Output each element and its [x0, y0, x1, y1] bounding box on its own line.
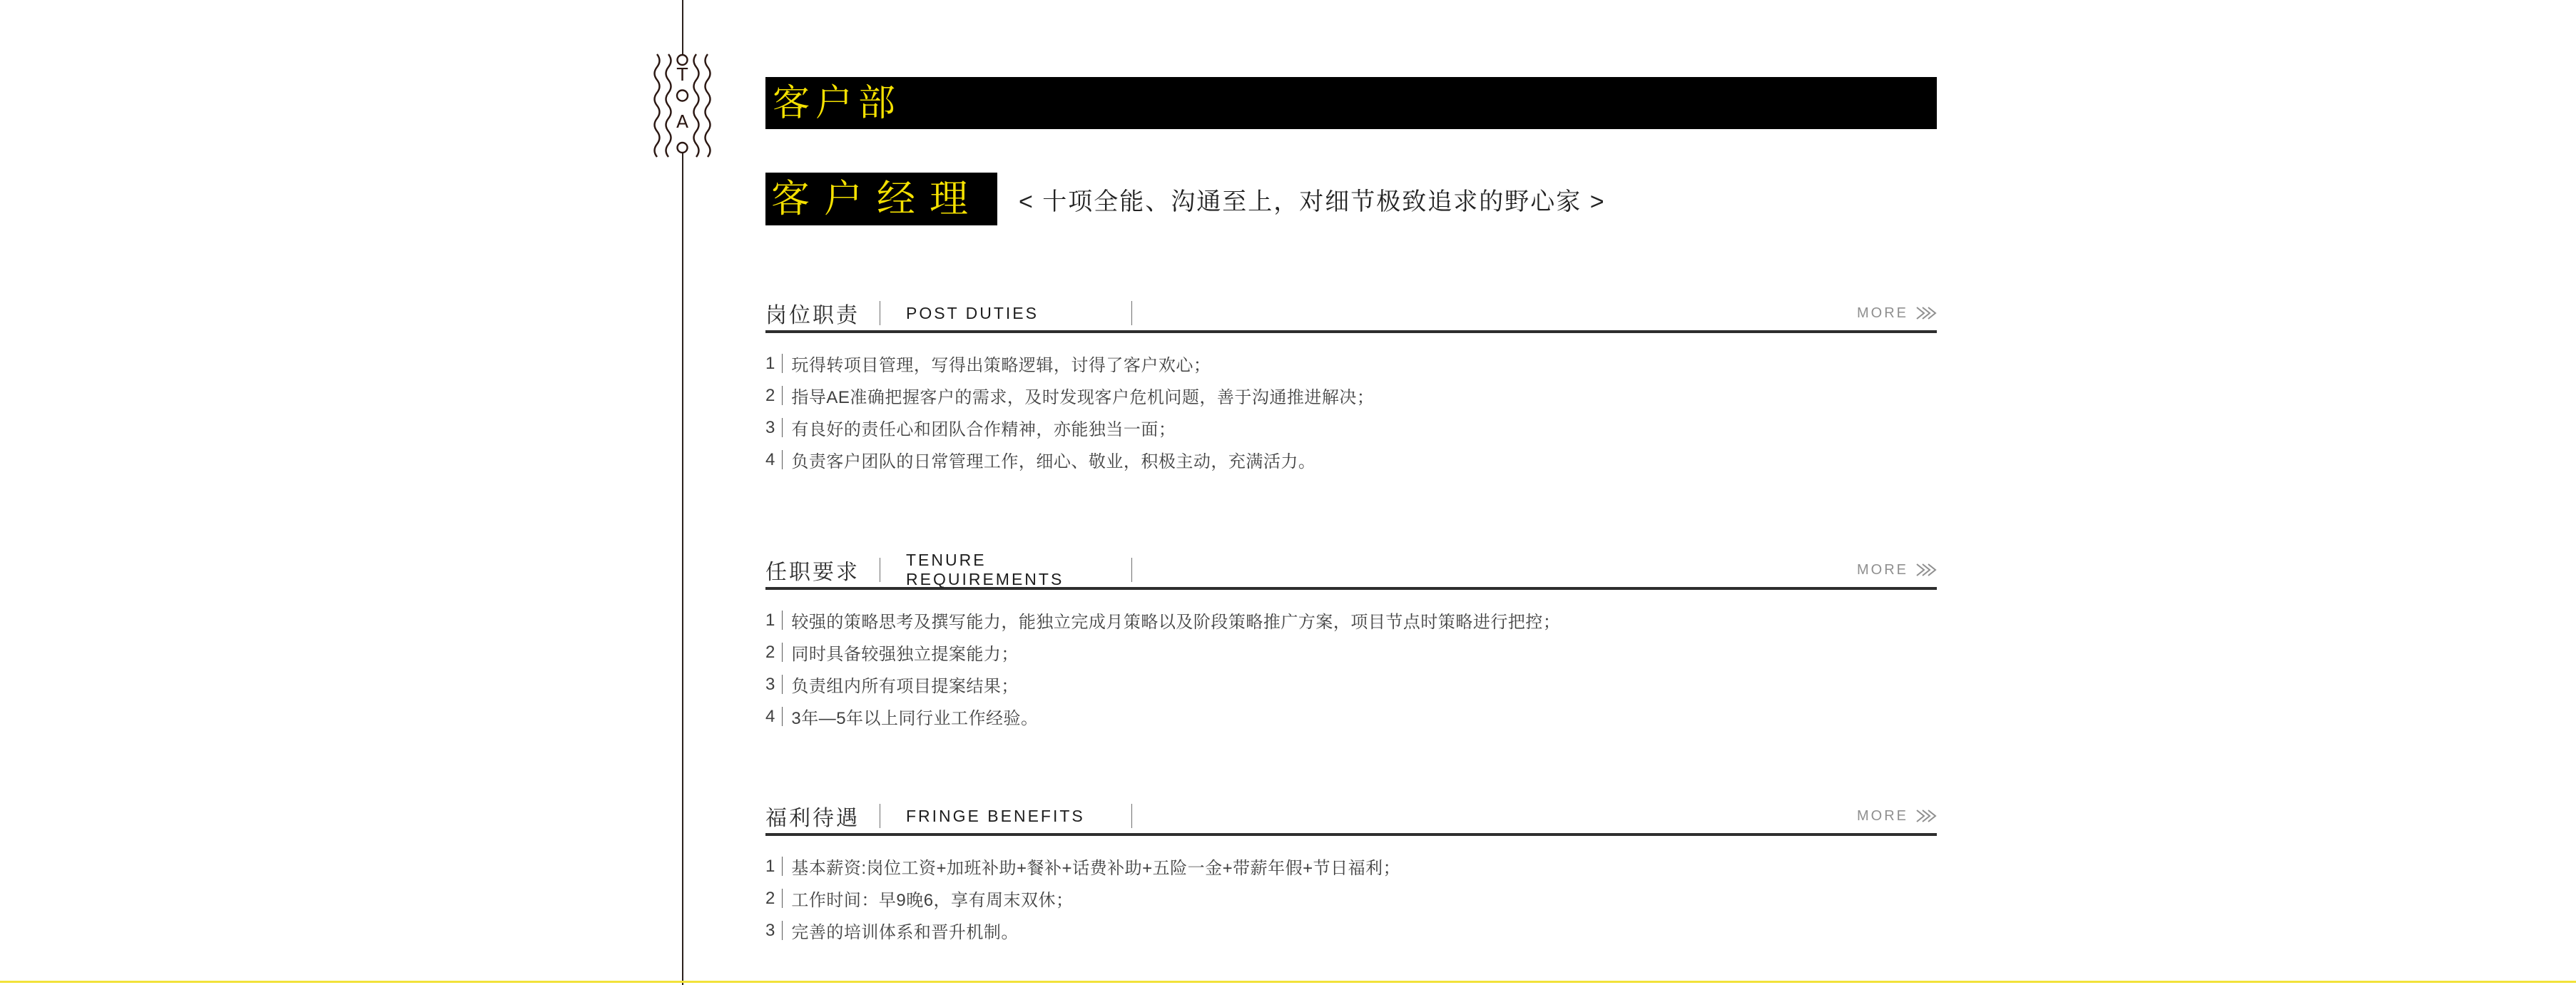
section-title-cn: 任职要求 — [765, 554, 880, 586]
item-pipe — [782, 386, 783, 405]
section-tenure-requirements: 任职要求 TENURE REQUIREMENTS MORE 1较强的策略思考及撰… — [765, 553, 1937, 733]
job-title-box: 客户经理 — [765, 173, 997, 225]
more-link-fringe-benefits[interactable]: MORE — [1857, 808, 1937, 825]
item-text: 指导AE准确把握客户的需求，及时发现客户危机问题，善于沟通推进解决； — [791, 383, 1374, 408]
list-item: 2指导AE准确把握客户的需求，及时发现客户危机问题，善于沟通推进解决； — [765, 379, 1937, 412]
list-item: 4负责客户团队的日常管理工作，细心、敬业，积极主动，充满活力。 — [765, 444, 1937, 476]
item-text: 完善的培训体系和晋升机制。 — [791, 918, 1019, 943]
section-header: 任职要求 TENURE REQUIREMENTS MORE — [765, 553, 1937, 587]
more-label: MORE — [1857, 562, 1908, 578]
item-pipe — [782, 450, 783, 469]
list-item: 43年—5年以上同行业工作经验。 — [765, 700, 1937, 733]
item-pipe — [782, 707, 783, 726]
item-number: 4 — [765, 707, 775, 727]
logo-letter-o-circle — [677, 91, 688, 101]
duties-list: 1玩得转项目管理，写得出策略逻辑，讨得了客户欢心； 2指导AE准确把握客户的需求… — [765, 347, 1937, 476]
list-item: 1玩得转项目管理，写得出策略逻辑，讨得了客户欢心； — [765, 347, 1937, 379]
department-banner: 客户部 — [765, 77, 1937, 129]
header-divider — [1131, 558, 1132, 582]
item-number: 2 — [765, 643, 775, 663]
item-number: 3 — [765, 675, 775, 695]
more-arrow-icon — [1915, 808, 1937, 824]
section-fringe-benefits: 福利待遇 FRINGE BENEFITS MORE 1基本薪资:岗位工资+加班补… — [765, 799, 1937, 946]
item-pipe — [782, 354, 783, 373]
item-pipe — [782, 611, 783, 630]
list-item: 2同时具备较强独立提案能力； — [765, 636, 1937, 668]
logo-bottom-circle-icon — [678, 143, 688, 153]
section-title-en: TENURE REQUIREMENTS — [906, 551, 1131, 589]
department-title: 客户部 — [773, 85, 901, 122]
benefits-list: 1基本薪资:岗位工资+加班补助+餐补+话费补助+五险一金+带薪年假+节日福利； … — [765, 850, 1937, 946]
item-number: 2 — [765, 889, 775, 909]
item-number: 3 — [765, 921, 775, 941]
list-item: 3完善的培训体系和晋升机制。 — [765, 914, 1937, 946]
job-title-row: 客户经理 < 十项全能、沟通至上，对细节极致追求的野心家 > — [765, 173, 1937, 225]
item-pipe — [782, 418, 783, 437]
toa-logo: T A — [645, 41, 721, 163]
requirements-list: 1较强的策略思考及撰写能力，能独立完成月策略以及阶段策略推广方案，项目节点时策略… — [765, 604, 1937, 733]
spine-line-bottom — [682, 153, 683, 985]
more-arrow-icon — [1915, 305, 1937, 321]
more-link-tenure-requirements[interactable]: MORE — [1857, 562, 1937, 578]
more-label: MORE — [1857, 305, 1908, 322]
header-divider — [880, 301, 880, 325]
more-label: MORE — [1857, 808, 1908, 825]
item-number: 1 — [765, 611, 775, 631]
list-item: 3有良好的责任心和团队合作精神，亦能独当一面； — [765, 412, 1937, 444]
item-text: 玩得转项目管理，写得出策略逻辑，讨得了客户欢心； — [791, 351, 1211, 376]
item-number: 4 — [765, 450, 775, 470]
item-pipe — [782, 889, 783, 908]
item-pipe — [782, 857, 783, 876]
header-divider — [880, 804, 880, 828]
item-number: 1 — [765, 857, 775, 877]
item-pipe — [782, 921, 783, 940]
header-divider — [1131, 301, 1132, 325]
section-title-cn: 福利待遇 — [765, 800, 880, 832]
section-title-en: FRINGE BENEFITS — [906, 807, 1131, 826]
item-pipe — [782, 675, 783, 694]
item-text: 基本薪资:岗位工资+加班补助+餐补+话费补助+五险一金+带薪年假+节日福利； — [791, 854, 1400, 879]
item-text: 同时具备较强独立提案能力； — [791, 640, 1019, 665]
section-rule — [765, 330, 1937, 333]
job-tagline: < 十项全能、沟通至上，对细节极致追求的野心家 > — [1019, 182, 1606, 217]
section-header: 福利待遇 FRINGE BENEFITS MORE — [765, 799, 1937, 833]
item-text: 负责组内所有项目提案结果； — [791, 672, 1019, 697]
item-number: 1 — [765, 354, 775, 374]
section-title-cn: 岗位职责 — [765, 297, 880, 329]
item-number: 3 — [765, 418, 775, 438]
header-divider — [1131, 804, 1132, 828]
logo-letter-t: T — [676, 64, 688, 85]
item-pipe — [782, 643, 783, 662]
bottom-accent-strip — [0, 981, 2576, 983]
job-title: 客户经理 — [771, 180, 982, 218]
list-item: 1基本薪资:岗位工资+加班补助+餐补+话费补助+五险一金+带薪年假+节日福利； — [765, 850, 1937, 882]
section-header: 岗位职责 POST DUTIES MORE — [765, 296, 1937, 330]
list-item: 3负责组内所有项目提案结果； — [765, 668, 1937, 700]
section-rule — [765, 833, 1937, 836]
logo-letter-a: A — [676, 111, 688, 132]
section-post-duties: 岗位职责 POST DUTIES MORE 1玩得转项目管理，写得出策略逻辑，讨… — [765, 296, 1937, 476]
list-item: 2工作时间：早9晚6，享有周末双休； — [765, 882, 1937, 914]
item-text: 3年—5年以上同行业工作经验。 — [791, 704, 1038, 729]
item-text: 较强的策略思考及撰写能力，能独立完成月策略以及阶段策略推广方案，项目节点时策略进… — [791, 608, 1560, 633]
item-text: 有良好的责任心和团队合作精神，亦能独当一面； — [791, 415, 1176, 440]
section-title-en: POST DUTIES — [906, 304, 1131, 323]
more-link-post-duties[interactable]: MORE — [1857, 305, 1937, 322]
logo-top-circle-icon — [678, 55, 688, 65]
item-text: 负责客户团队的日常管理工作，细心、敬业，积极主动，充满活力。 — [791, 447, 1315, 472]
header-divider — [880, 558, 880, 582]
more-arrow-icon — [1915, 562, 1937, 578]
item-number: 2 — [765, 386, 775, 406]
item-text: 工作时间：早9晚6，享有周末双休； — [791, 886, 1073, 911]
list-item: 1较强的策略思考及撰写能力，能独立完成月策略以及阶段策略推广方案，项目节点时策略… — [765, 604, 1937, 636]
